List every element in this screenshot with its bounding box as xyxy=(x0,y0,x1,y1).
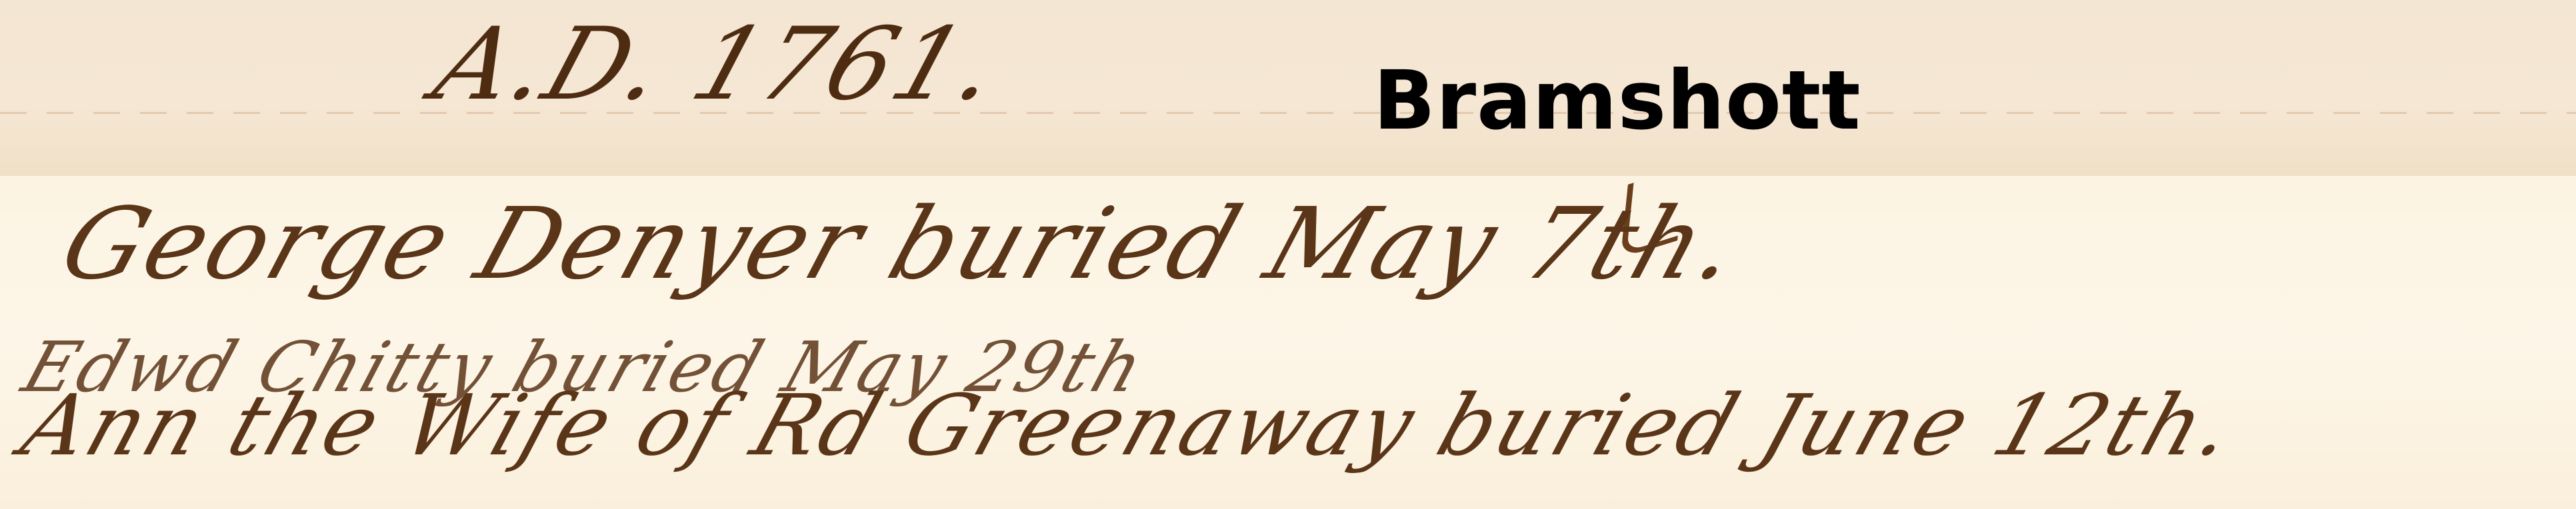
year-heading: A.D. 1761. xyxy=(421,7,1016,123)
place-label: Bramshott xyxy=(1373,53,1861,148)
burial-entry: George Denyer buried May 7th. xyxy=(48,187,1755,301)
header-band xyxy=(0,0,2576,176)
burial-entry: Ann the Wife of Rd Greenaway buried June… xyxy=(11,376,2248,474)
